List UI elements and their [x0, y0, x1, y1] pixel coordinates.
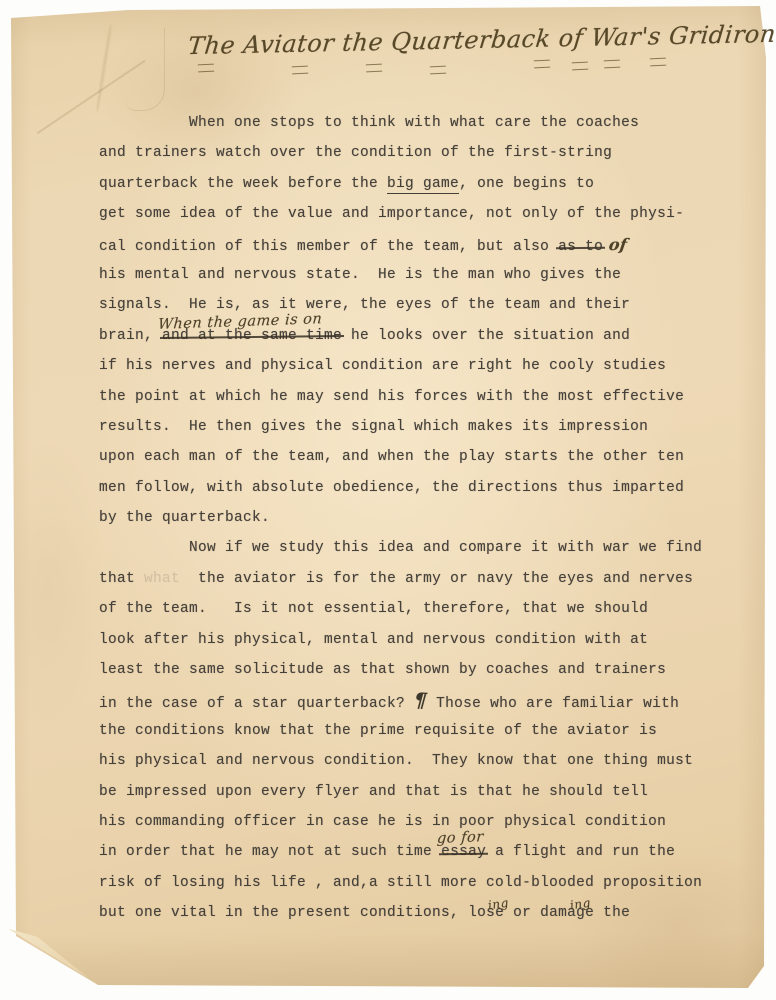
typed-text-segment: be impressed upon every flyer and that i… — [99, 784, 648, 800]
typed-text-segment: in order that he may not at such time — [99, 844, 441, 860]
typed-text-segment: his physical and nervous condition. They… — [99, 753, 693, 769]
typed-text-segment: the aviator is for the army or navy the … — [180, 571, 693, 587]
typed-text-segment: his mental and nervous state. He is the … — [99, 267, 621, 283]
typed-line: and trainers watch over the condition of… — [99, 138, 729, 168]
typed-text-segment: , one begins to — [459, 176, 594, 192]
typed-text-segment: in the case of a star quarterback? — [99, 696, 414, 712]
handwritten-insertion: ing — [486, 888, 511, 921]
typed-text-segment: upon each man of the team, and when the … — [99, 449, 684, 465]
typed-text-segment: Now if we study this idea and compare it… — [99, 540, 702, 556]
typed-text-segment: and trainers watch over the condition of… — [99, 145, 612, 161]
handwritten-insertion: ing — [568, 888, 593, 921]
handwritten-paragraph-mark: ¶ — [413, 685, 428, 716]
typed-lines: When one stops to think with what care t… — [99, 108, 729, 929]
typed-text-segment: brain, — [99, 328, 162, 344]
typed-line: that what the aviator is for the army or… — [99, 564, 729, 594]
typed-line: the conditions know that the prime requi… — [99, 716, 729, 746]
handwritten-correction: of — [601, 230, 629, 260]
struck-text-with-handwritten-correction: essaygo for — [441, 837, 486, 867]
typed-line: quarterback the week before the big game… — [99, 169, 729, 199]
typed-line: results. He then gives the signal which … — [99, 412, 729, 442]
typed-line: men follow, with absolute obedience, the… — [99, 473, 729, 503]
typed-text-segment: quarterback the week before the — [99, 176, 387, 192]
typed-line: be impressed upon every flyer and that i… — [99, 777, 729, 807]
typed-text-segment: least the same solicitude as that shown … — [99, 662, 666, 678]
typed-line: risk of losing his life , and,a still mo… — [99, 868, 729, 898]
typed-text-segment: the point at which he may send his force… — [99, 389, 684, 405]
typed-text-segment: cal condition of this member of the team… — [99, 239, 558, 255]
handwritten-insertion: go for — [436, 823, 485, 855]
typed-text-segment: men follow, with absolute obedience, the… — [99, 480, 684, 496]
typed-line: but one vital in the present conditions,… — [99, 898, 729, 928]
typed-line: cal condition of this member of the team… — [99, 230, 729, 260]
typed-line: When one stops to think with what care t… — [99, 108, 729, 138]
typed-text-segment: if his nerves and physical condition are… — [99, 358, 666, 374]
typed-line: in order that he may not at such time es… — [99, 837, 729, 867]
typed-line: brain, and at the same timeWhen the game… — [99, 321, 729, 351]
typed-line: his commanding officer in case he is in … — [99, 807, 729, 837]
typed-line: get some idea of the value and importanc… — [99, 199, 729, 229]
typed-text-segment: look after his physical, mental and nerv… — [99, 632, 648, 648]
paper-crease — [96, 24, 112, 111]
typed-text-segment: by the quarterback. — [99, 510, 270, 526]
typed-text-segment: get some idea of the value and importanc… — [99, 206, 684, 222]
typed-text-segment: the conditions know that the prime requi… — [99, 723, 657, 739]
typed-text-segment: results. He then gives the signal which … — [99, 419, 648, 435]
struck-text-with-handwritten-correction: and at the same timeWhen the game is on — [162, 321, 342, 351]
handwritten-insertion: When the game is on — [157, 304, 323, 340]
word-with-handwritten-insertion: damageing — [540, 898, 594, 928]
typed-text-segment: his commanding officer in case he is in … — [99, 814, 666, 830]
typed-line: if his nerves and physical condition are… — [99, 351, 729, 381]
typed-line: upon each man of the team, and when the … — [99, 442, 729, 472]
typed-text-segment: the — [594, 905, 630, 921]
typed-text-segment: he looks over the situation and — [342, 328, 630, 344]
typed-text-segment: of the team. Is it not essential, theref… — [99, 601, 648, 617]
typed-line: his mental and nervous state. He is the … — [99, 260, 729, 290]
typed-text-segment: risk of losing his life , and,a still mo… — [99, 875, 702, 891]
typed-line: Now if we study this idea and compare it… — [99, 533, 729, 563]
word-with-handwritten-insertion: loseing — [468, 898, 504, 928]
paper-crease — [126, 28, 165, 111]
typed-text-segment: a flight and run the — [486, 844, 675, 860]
typed-line: his physical and nervous condition. They… — [99, 746, 729, 776]
underlined-text: big game — [387, 176, 459, 194]
typed-text-segment: but one vital in the present conditions, — [99, 905, 468, 921]
typed-line: least the same solicitude as that shown … — [99, 655, 729, 685]
struck-text: as to — [558, 239, 603, 255]
typed-line: look after his physical, mental and nerv… — [99, 625, 729, 655]
paper-stain — [0, 436, 108, 736]
typed-line: by the quarterback. — [99, 503, 729, 533]
typed-line: of the team. Is it not essential, theref… — [99, 594, 729, 624]
typed-text-segment: When one stops to think with what care t… — [99, 115, 639, 131]
typed-text-segment: that — [99, 571, 144, 587]
typed-text-segment: Those who are familiar with — [427, 696, 679, 712]
typed-line: the point at which he may send his force… — [99, 382, 729, 412]
typed-line: in the case of a star quarterback? ¶ Tho… — [99, 685, 729, 715]
erased-word: what — [144, 571, 180, 587]
